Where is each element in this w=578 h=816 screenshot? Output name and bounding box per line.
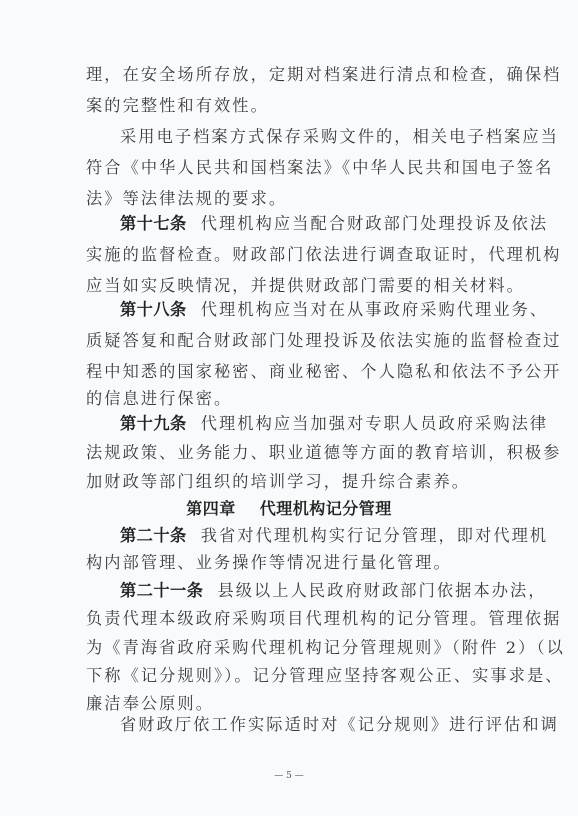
text-line: 加财政等部门组织的培训学习，提升综合素养。	[86, 472, 496, 492]
article-text: 我省对代理机构实行记分管理，即对代理机	[201, 526, 548, 545]
article-label: 第二十条	[120, 526, 187, 545]
article-label: 第十九条	[120, 414, 187, 433]
article-label: 第十八条	[120, 300, 187, 319]
text-line: 省财政厅依工作实际适时对《记分规则》进行评估和调	[120, 715, 496, 735]
chapter-title: 代理机构记分管理	[260, 499, 392, 518]
text-line: 下称《记分规则》）。记分管理应坚持客观公正、实事求是、	[86, 666, 496, 686]
article-text: 县级以上人民政府财政部门依据本办法，	[217, 581, 546, 600]
text-line: 实施的监督检查。财政部门依法进行调查取证时，代理机构	[86, 245, 496, 265]
text-line: 采用电子档案方式保存采购文件的，相关电子档案应当	[120, 127, 496, 147]
text-line: 应当如实反映情况，并提供财政部门需要的相关材料。	[86, 276, 496, 296]
article-label: 第二十一条	[120, 581, 203, 600]
page-number: — 5 —	[0, 771, 578, 781]
article-21: 第二十一条县级以上人民政府财政部门依据本办法，	[120, 581, 496, 601]
text-line: 法》等法律法规的要求。	[86, 189, 496, 209]
text-line: 案的完整性和有效性。	[86, 96, 496, 116]
text-line: 质疑答复和配合财政部门处理投诉及依法实施的监督检查过	[86, 331, 496, 351]
article-17: 第十七条代理机构应当配合财政部门处理投诉及依法	[120, 214, 496, 234]
text-line: 法规政策、业务能力、职业道德等方面的教育培训，积极参	[86, 443, 496, 463]
text-line: 为《青海省政府采购代理机构记分管理规则》（附件 2）（以	[86, 638, 496, 658]
text-line: 符合《中华人民共和国档案法》《中华人民共和国电子签名	[86, 158, 496, 178]
article-18: 第十八条代理机构应当对在从事政府采购代理业务、	[120, 300, 496, 320]
chapter-heading: 第四章代理机构记分管理	[0, 499, 578, 519]
article-text: 代理机构应当加强对专职人员政府采购法律	[201, 414, 548, 433]
article-text: 代理机构应当对在从事政府采购代理业务、	[201, 300, 548, 319]
text-line: 理，在安全场所存放，定期对档案进行清点和检查，确保档	[86, 65, 496, 85]
text-line: 的信息进行保密。	[86, 389, 496, 409]
article-20: 第二十条我省对代理机构实行记分管理，即对代理机	[120, 526, 496, 546]
article-label: 第十七条	[120, 214, 187, 233]
article-text: 代理机构应当配合财政部门处理投诉及依法	[201, 214, 548, 233]
article-19: 第十九条代理机构应当加强对专职人员政府采购法律	[120, 414, 496, 434]
chapter-number: 第四章	[186, 499, 236, 518]
document-page: 理，在安全场所存放，定期对档案进行清点和检查，确保档 案的完整性和有效性。 采用…	[0, 0, 578, 816]
text-line: 负责代理本级政府采购项目代理机构的记分管理。管理依据	[86, 609, 496, 629]
text-line: 廉洁奉公原则。	[86, 694, 496, 714]
text-line: 程中知悉的国家秘密、商业秘密、个人隐私和依法不予公开	[86, 362, 496, 382]
text-line: 构内部管理、业务操作等情况进行量化管理。	[86, 553, 496, 573]
